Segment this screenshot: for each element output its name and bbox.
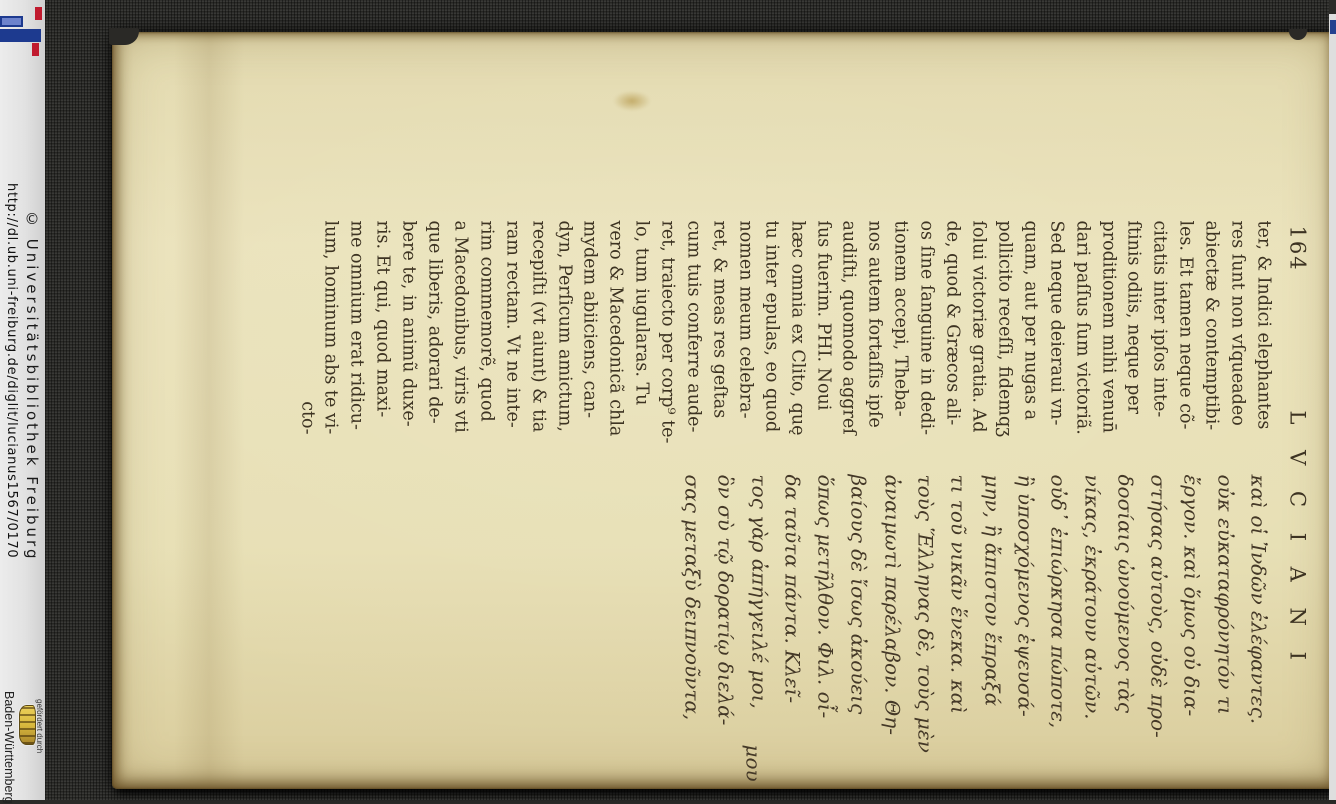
right-panel-edge: [1329, 14, 1336, 800]
latin-line: bere te, in animũ duxe-: [394, 220, 420, 478]
viewer-sidebar: http://dl.ub.uni-freiburg.de/diglit/luci…: [0, 0, 45, 800]
greek-line: τι τοῦ νικᾶν ἕνεκα. καὶ: [941, 474, 974, 786]
latin-line: ris. Et qui, quod maxi-: [368, 220, 394, 478]
latin-line: audiſti, quomodo aggreſ: [835, 220, 861, 478]
latin-line: ſus fuerim. PHI. Noui: [809, 220, 835, 478]
greek-text-column: καὶ οἱ Ἰνδῶν ἐλέφαντες.οὐκ εὐκαταφρόνητό…: [675, 474, 1274, 786]
latin-line: os ſine ſanguine in dedi-: [912, 220, 938, 478]
greek-line: ἢ ὑποσχόμενος ἐψευσά-: [1008, 474, 1041, 786]
latin-line: lo, tum iugularas. Tu: [627, 220, 653, 478]
page-number: 164: [1285, 225, 1309, 271]
ub-freiburg-logo: [0, 0, 45, 60]
latin-line: rim commemorẽ, quod: [472, 220, 498, 478]
latin-line: dyn, Perſicum amictum,: [550, 220, 576, 478]
logo-fragment-mark: [1330, 20, 1336, 34]
latin-line: a Macedonibus, viris vti: [446, 220, 472, 478]
latin-line: ret, & meas res geſtas: [705, 220, 731, 478]
logo-red-square-bottom: [32, 43, 39, 56]
latin-line: ter, & Indici elephantes: [1249, 220, 1275, 478]
latin-line: cum tuis conferre aude-: [679, 220, 705, 478]
greek-line: οὐκ εὐκαταφρόνητόν τι: [1207, 474, 1240, 786]
greek-line: νίκας, ἐκράτουν αὐτῶν.: [1074, 474, 1107, 786]
latin-line: citatis inter ipſos inte-: [1145, 220, 1171, 478]
latin-line: tu inter epulas, eo quod: [757, 220, 783, 478]
latin-line: Sed neque deieraui vn-: [1042, 220, 1068, 478]
latin-catchword: cto-: [297, 220, 317, 434]
latin-line: dari paſſus ſum victoriã.: [1068, 220, 1094, 478]
greek-line: οὐδ᾽ ἐπιώρκησα πώποτε,: [1041, 474, 1074, 786]
scan-stage: 164 L V C I A N I ter, & Indici elephant…: [45, 0, 1329, 800]
latin-line: que liberis, adorari de-: [420, 220, 446, 478]
latin-line: pollicito receſſi, fidemqʒ: [990, 220, 1016, 478]
baden-wuerttemberg-coat-of-arms: [19, 705, 36, 745]
greek-line: δοσίαις ὠνούμενος τὰς: [1108, 474, 1141, 786]
logo-blue-bar-long: [0, 29, 41, 42]
latin-line: de, quod & Græcos ali-: [938, 220, 964, 478]
greek-line: ὅπως μετῆλθον. Φιλ. οἶ-: [808, 474, 841, 786]
latin-line: ram rectam. Vt ne inte-: [498, 220, 524, 478]
running-title: L V C I A N I: [1285, 410, 1309, 665]
latin-line: ſolui victoriæ gratia. Ad: [964, 220, 990, 478]
greek-line: σας μεταξὺ δειπνοῦντα,: [675, 474, 708, 786]
latin-line: les. Et tamen neque cõ-: [1171, 220, 1197, 478]
latin-line: quam, aut per nugas a: [1016, 220, 1042, 478]
latin-line: res ſunt non vſqueadeo: [1223, 220, 1249, 478]
greek-line: βαίους δὲ ἴσως ἀκούεις: [841, 474, 874, 786]
greek-line: τος γὰρ ἀπήγγειλέ μοι,: [741, 474, 774, 786]
funding-note: gefördert durch: [35, 699, 44, 753]
greek-line: ὃν σὺ τῷ δορατίῳ διελά-: [708, 474, 741, 786]
page-content-rotated-90cw: 164 L V C I A N I ter, & Indici elephant…: [112, 32, 1335, 789]
greek-line: ἀναιμωτὶ παρέλαβον. Θη-: [874, 474, 907, 786]
source-url-watermark: http://dl.ub.uni-freiburg.de/diglit/luci…: [4, 183, 19, 558]
copyright-notice: © Universitätsbibliothek Freiburg: [23, 210, 41, 561]
logo-red-square-top: [35, 7, 42, 20]
latin-line: mydem abiiciens, can-: [576, 220, 602, 478]
latin-line: nomen meum celebra-: [731, 220, 757, 478]
latin-line: proditionem mihi venun̄: [1094, 220, 1120, 478]
latin-text-column: ter, & Indici elephantesres ſunt non vſq…: [316, 220, 1275, 478]
greek-line: καὶ οἱ Ἰνδῶν ἐλέφαντες.: [1241, 474, 1274, 786]
greek-line: μην, ἢ ἄπιστον ἔπραξά: [974, 474, 1007, 786]
latin-line: lum, hominum abs te vi-: [316, 220, 342, 478]
greek-catchword: μου: [741, 744, 765, 781]
latin-line: nos autem fortaſſis ipſe: [861, 220, 887, 478]
greek-line: ἔργον. καὶ ὅμως οὐ δια-: [1174, 474, 1207, 786]
greek-line: τοὺς Ἕλληνας δὲ, τοὺς μὲν: [908, 474, 941, 786]
scanned-book-page: 164 L V C I A N I ter, & Indici elephant…: [112, 32, 1335, 789]
latin-line: tionem accepi, Theba-: [886, 220, 912, 478]
latin-line: ſtinis odiis, neque per: [1120, 220, 1146, 478]
latin-line: vero & Macedonicã chla: [601, 220, 627, 478]
latin-line: ret, traiecto per corp⁹ te-: [653, 220, 679, 478]
latin-line: hæc omnia ex Clito, quę: [783, 220, 809, 478]
greek-line: στήσας αὐτοὺς, οὐδὲ προ-: [1141, 474, 1174, 786]
funding-region-label: Baden-Württemberg: [2, 691, 16, 800]
latin-line: me omnium erat ridicu-: [342, 220, 368, 478]
latin-line: abiectæ & contemptibi-: [1197, 220, 1223, 478]
latin-line: recepiſti (vt aiunt) & tia: [524, 220, 550, 478]
greek-line: δα ταῦτα πάντα. Κλεῖ-: [775, 474, 808, 786]
logo-blue-bar-short: [0, 16, 23, 27]
